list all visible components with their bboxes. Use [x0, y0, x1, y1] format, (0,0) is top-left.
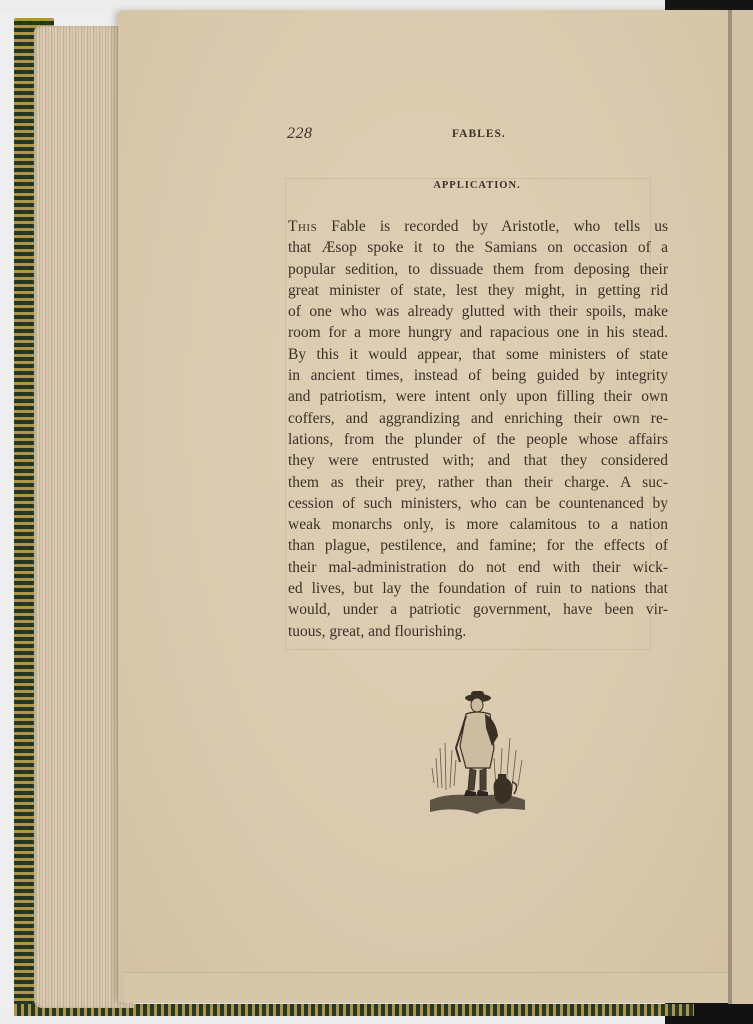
section-title: APPLICATION.: [287, 180, 667, 191]
drop-word: This: [288, 218, 317, 235]
text-line: tuous, great, and flourishing.: [288, 621, 668, 642]
text-line: they were entrusted with; and that they …: [288, 450, 668, 471]
page-header: 228 FABLES.: [287, 125, 667, 145]
text-line: and patriotism, were intent only upon fi…: [288, 386, 668, 407]
woodcut-illustration-icon: [430, 688, 525, 823]
text-line: of one who was already glutted with thei…: [288, 301, 668, 322]
text-line: than plague, pestilence, and famine; for…: [288, 535, 668, 556]
text-line: By this it would appear, that some minis…: [288, 344, 668, 365]
text-line: lations, from the plunder of the people …: [288, 429, 668, 450]
text-line: that Æsop spoke it to the Samians on occ…: [288, 237, 668, 258]
text-line: This Fable is recorded by Aristotle, who…: [288, 216, 668, 237]
text-line: coffers, and aggrandizing and enriching …: [288, 408, 668, 429]
text-line: great minister of state, lest they might…: [288, 280, 668, 301]
text-line: popular sedition, to dissuade them from …: [288, 259, 668, 280]
text-line: ed lives, but lay the foundation of ruin…: [288, 578, 668, 599]
text-line: would, under a patriotic government, hav…: [288, 599, 668, 620]
running-head: FABLES.: [452, 128, 506, 140]
text-line: their mal-administration do not end with…: [288, 557, 668, 578]
text-line: cession of such ministers, who can be co…: [288, 493, 668, 514]
text-line: in ancient times, instead of being guide…: [288, 365, 668, 386]
text-line: room for a more hungry and rapacious one…: [288, 322, 668, 343]
page-bottom-fold: [124, 972, 730, 1003]
text-line: them as their prey, rather than their ch…: [288, 472, 668, 493]
page-number: 228: [287, 125, 313, 143]
text-line: weak monarchs only, is more calamitous t…: [288, 514, 668, 535]
next-page-sliver: [732, 10, 753, 1004]
body-text: This Fable is recorded by Aristotle, who…: [288, 216, 668, 642]
line-text: Fable is recorded by Aristotle, who tell…: [317, 218, 668, 235]
